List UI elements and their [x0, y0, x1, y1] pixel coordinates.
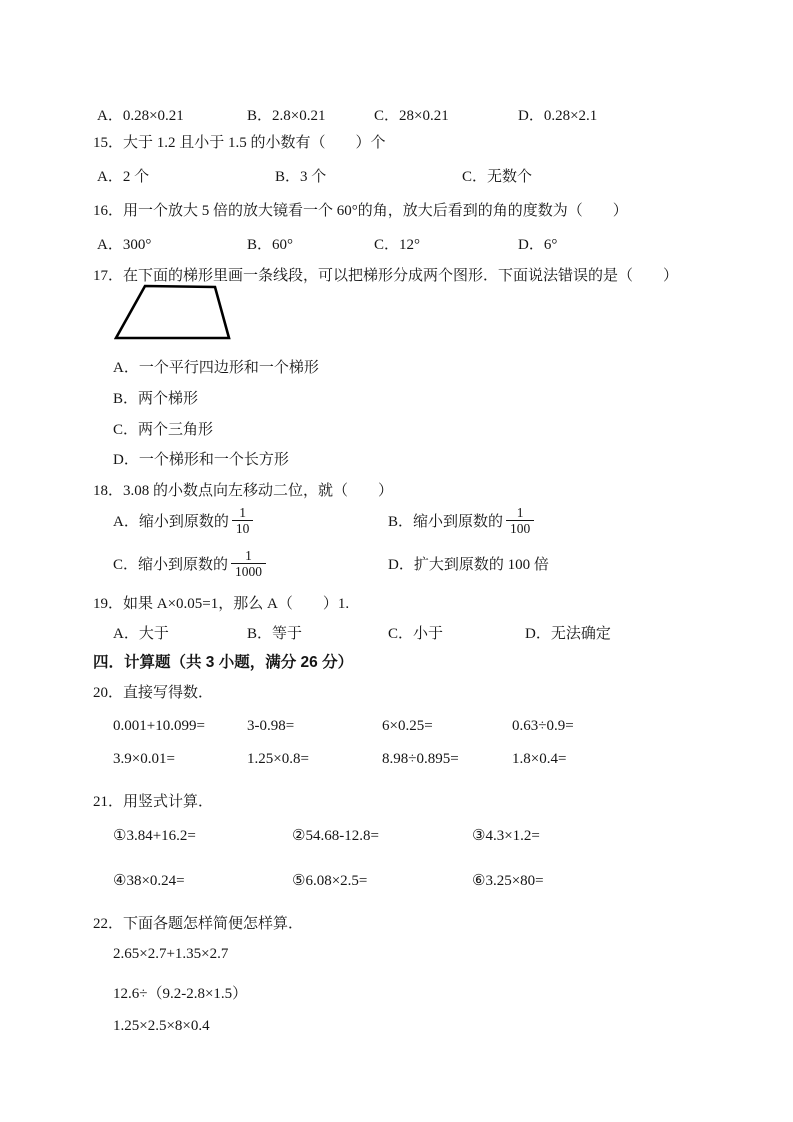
- q20-row-2: 3.9×0.01= 1.25×0.8= 8.98÷0.895= 1.8×0.4=: [0, 751, 793, 771]
- q22-expression-3: 1.25×2.5×8×0.4: [113, 1018, 210, 1035]
- q21-expression-3: ③4.3×1.2=: [472, 826, 540, 845]
- q20-expression-4: 0.63÷0.9=: [512, 718, 574, 735]
- q21-statement: 21．用竖式计算．: [93, 790, 213, 811]
- q21-expression-6: ⑥3.25×80=: [472, 871, 544, 890]
- q19-statement: 19．如果 A×0.05=1，那么 A（ ）1.: [93, 592, 349, 613]
- q20-row-1: 0.001+10.099= 3-0.98= 6×0.25= 0.63÷0.9=: [0, 718, 793, 738]
- q17-option-d: D．一个梯形和一个长方形: [113, 448, 289, 469]
- q20-expression-7: 8.98÷0.895=: [382, 751, 459, 768]
- q21-expression-2: ②54.68-12.8=: [292, 826, 379, 845]
- q20-statement: 20．直接写得数．: [93, 681, 213, 702]
- q20-expression-5: 3.9×0.01=: [113, 751, 175, 768]
- q18-option-a: A．缩小到原数的 1 10: [113, 502, 253, 538]
- section-4-header: 四．计算题（共 3 小题，满分 26 分）: [93, 650, 353, 672]
- q18-option-d: D．扩大到原数的 100 倍: [388, 545, 549, 581]
- q16-option-d: D．6°: [518, 233, 557, 254]
- q18-option-b-text: B．缩小到原数的: [388, 510, 503, 531]
- q15-option-a: A．2 个: [97, 165, 149, 186]
- q18-option-b: B．缩小到原数的 1 100: [388, 502, 534, 538]
- q16-option-b: B．60°: [247, 233, 293, 254]
- q14-option-a: A．0.28×0.21: [97, 104, 184, 125]
- trapezoid-figure: [114, 284, 232, 341]
- q21-expression-5: ⑤6.08×2.5=: [292, 871, 367, 890]
- q18-option-a-fraction: 1 10: [232, 505, 254, 536]
- q22-expression-1: 2.65×2.7+1.35×2.7: [113, 946, 228, 963]
- q17-option-b: B．两个梯形: [113, 387, 198, 408]
- q22-statement: 22．下面各题怎样简便怎样算．: [93, 912, 303, 933]
- q14-option-d: D．0.28×2.1: [518, 104, 597, 125]
- q19-option-a: A．大于: [113, 622, 169, 643]
- q18-option-b-fraction: 1 100: [506, 505, 534, 536]
- q20-expression-2: 3-0.98=: [247, 718, 294, 735]
- exam-paper-page: A．0.28×0.21 B．2.8×0.21 C．28×0.21 D．0.28×…: [0, 0, 793, 1122]
- q18-option-c: C．缩小到原数的 1 1000: [113, 545, 266, 581]
- q17-option-a: A．一个平行四边形和一个梯形: [113, 356, 319, 377]
- q14-options-row: A．0.28×0.21 B．2.8×0.21 C．28×0.21 D．0.28×…: [0, 104, 793, 124]
- q20-expression-8: 1.8×0.4=: [512, 751, 566, 768]
- q20-expression-6: 1.25×0.8=: [247, 751, 309, 768]
- q18-options-row-cd: C．缩小到原数的 1 1000 D．扩大到原数的 100 倍: [0, 545, 793, 581]
- q14-option-b: B．2.8×0.21: [247, 104, 325, 125]
- q20-expression-1: 0.001+10.099=: [113, 718, 205, 735]
- q15-statement: 15．大于 1.2 且小于 1.5 的小数有（ ）个: [93, 131, 386, 152]
- q18-option-a-text: A．缩小到原数的: [113, 510, 229, 531]
- q15-options-row: A．2 个 B．3 个 C．无数个: [0, 165, 793, 185]
- q14-option-c: C．28×0.21: [374, 104, 449, 125]
- q20-expression-3: 6×0.25=: [382, 718, 433, 735]
- q18-option-c-text: C．缩小到原数的: [113, 553, 228, 574]
- q16-statement: 16．用一个放大 5 倍的放大镜看一个 60°的角，放大后看到的角的度数为（ ）: [93, 199, 628, 220]
- q22-expression-2: 12.6÷（9.2-2.8×1.5）: [113, 982, 247, 1003]
- q15-option-b: B．3 个: [275, 165, 326, 186]
- q19-option-d: D．无法确定: [525, 622, 611, 643]
- q18-option-c-fraction: 1 1000: [231, 548, 266, 579]
- q16-options-row: A．300° B．60° C．12° D．6°: [0, 233, 793, 253]
- q21-row-1: ①3.84+16.2= ②54.68-12.8= ③4.3×1.2=: [0, 826, 793, 846]
- q17-statement: 17．在下面的梯形里画一条线段，可以把梯形分成两个图形．下面说法错误的是（ ）: [93, 264, 678, 285]
- q16-option-a: A．300°: [97, 233, 151, 254]
- q19-options-row: A．大于 B．等于 C．小于 D．无法确定: [0, 622, 793, 642]
- q21-expression-1: ①3.84+16.2=: [113, 826, 196, 845]
- q18-statement: 18．3.08 的小数点向左移动二位，就（ ）: [93, 479, 393, 500]
- q15-option-c: C．无数个: [462, 165, 532, 186]
- q18-option-d-text: D．扩大到原数的 100 倍: [388, 553, 549, 574]
- q21-row-2: ④38×0.24= ⑤6.08×2.5= ⑥3.25×80=: [0, 871, 793, 891]
- q17-option-c: C．两个三角形: [113, 418, 213, 439]
- trapezoid-icon: [114, 284, 232, 341]
- q16-option-c: C．12°: [374, 233, 420, 254]
- q18-options-row-ab: A．缩小到原数的 1 10 B．缩小到原数的 1 100: [0, 502, 793, 538]
- q19-option-c: C．小于: [388, 622, 443, 643]
- q19-option-b: B．等于: [247, 622, 302, 643]
- q21-expression-4: ④38×0.24=: [113, 871, 185, 890]
